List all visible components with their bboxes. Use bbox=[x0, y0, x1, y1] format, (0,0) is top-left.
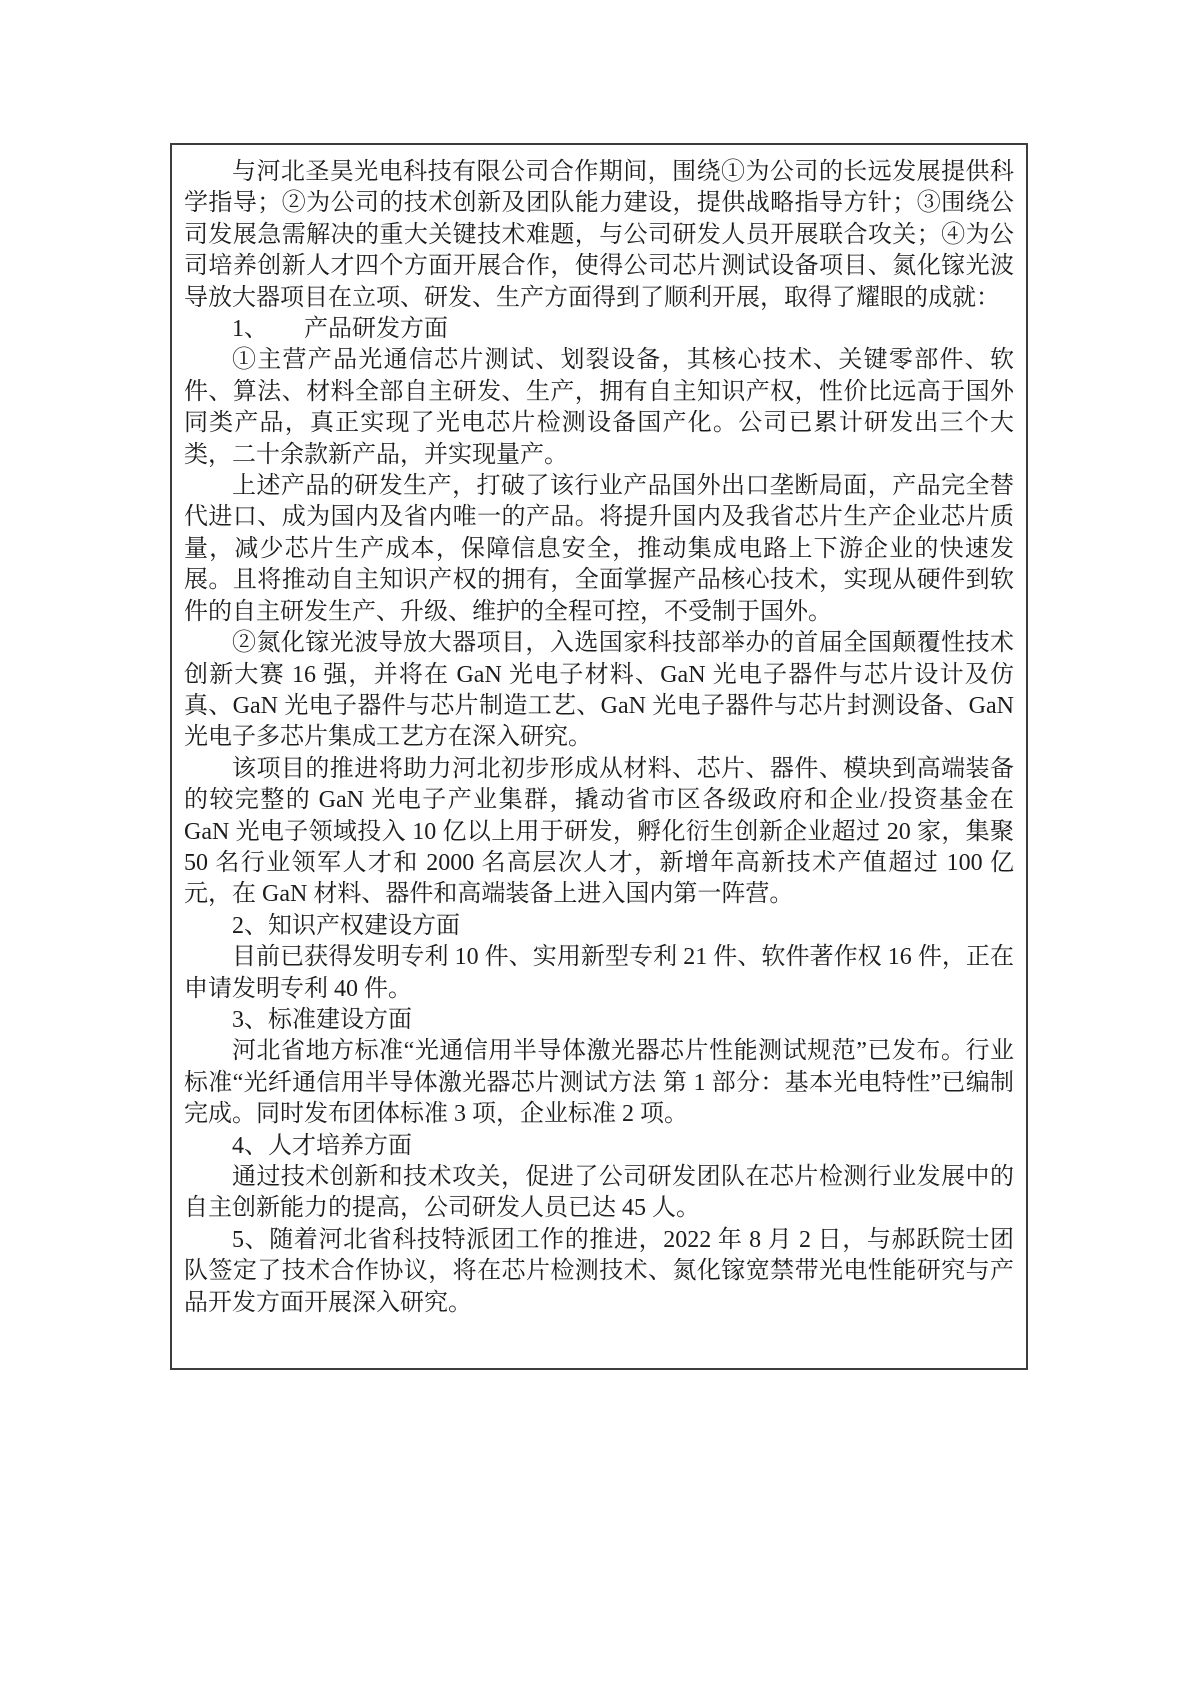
section-heading-2: 2、知识产权建设方面 bbox=[184, 911, 1014, 942]
document-page: 与河北圣昊光电科技有限公司合作期间，围绕①为公司的长远发展提供科学指导；②为公司… bbox=[0, 0, 1199, 1696]
paragraph-products-2: 上述产品的研发生产，打破了该行业产品国外出口垄断局面，产品完全替代进口、成为国内… bbox=[184, 471, 1014, 628]
document-table-cell: 与河北圣昊光电科技有限公司合作期间，围绕①为公司的长远发展提供科学指导；②为公司… bbox=[170, 143, 1028, 1370]
paragraph-intro: 与河北圣昊光电科技有限公司合作期间，围绕①为公司的长远发展提供科学指导；②为公司… bbox=[184, 157, 1014, 314]
paragraph-gan-project-2: 该项目的推进将助力河北初步形成从材料、芯片、器件、模块到高端装备的较完整的 Ga… bbox=[184, 754, 1014, 911]
paragraph-ip: 目前已获得发明专利 10 件、实用新型专利 21 件、软件著作权 16 件，正在… bbox=[184, 942, 1014, 1005]
section-heading-4: 4、人才培养方面 bbox=[184, 1131, 1014, 1162]
paragraph-standards: 河北省地方标准“光通信用半导体激光器芯片性能测试规范”已发布。行业标准“光纤通信… bbox=[184, 1036, 1014, 1130]
section-heading-3: 3、标准建设方面 bbox=[184, 1005, 1014, 1036]
paragraph-cooperation: 5、随着河北省科技特派团工作的推进，2022 年 8 月 2 日，与郝跃院士团队… bbox=[184, 1225, 1014, 1319]
paragraph-talent: 通过技术创新和技术攻关，促进了公司研发团队在芯片检测行业发展中的自主创新能力的提… bbox=[184, 1162, 1014, 1225]
paragraph-products-1: ①主营产品光通信芯片测试、划裂设备，其核心技术、关键零部件、软件、算法、材料全部… bbox=[184, 345, 1014, 471]
paragraph-gan-project-1: ②氮化镓光波导放大器项目，入选国家科技部举办的首届全国颠覆性技术创新大赛 16 … bbox=[184, 628, 1014, 754]
section-heading-1: 1、 产品研发方面 bbox=[184, 314, 1014, 345]
